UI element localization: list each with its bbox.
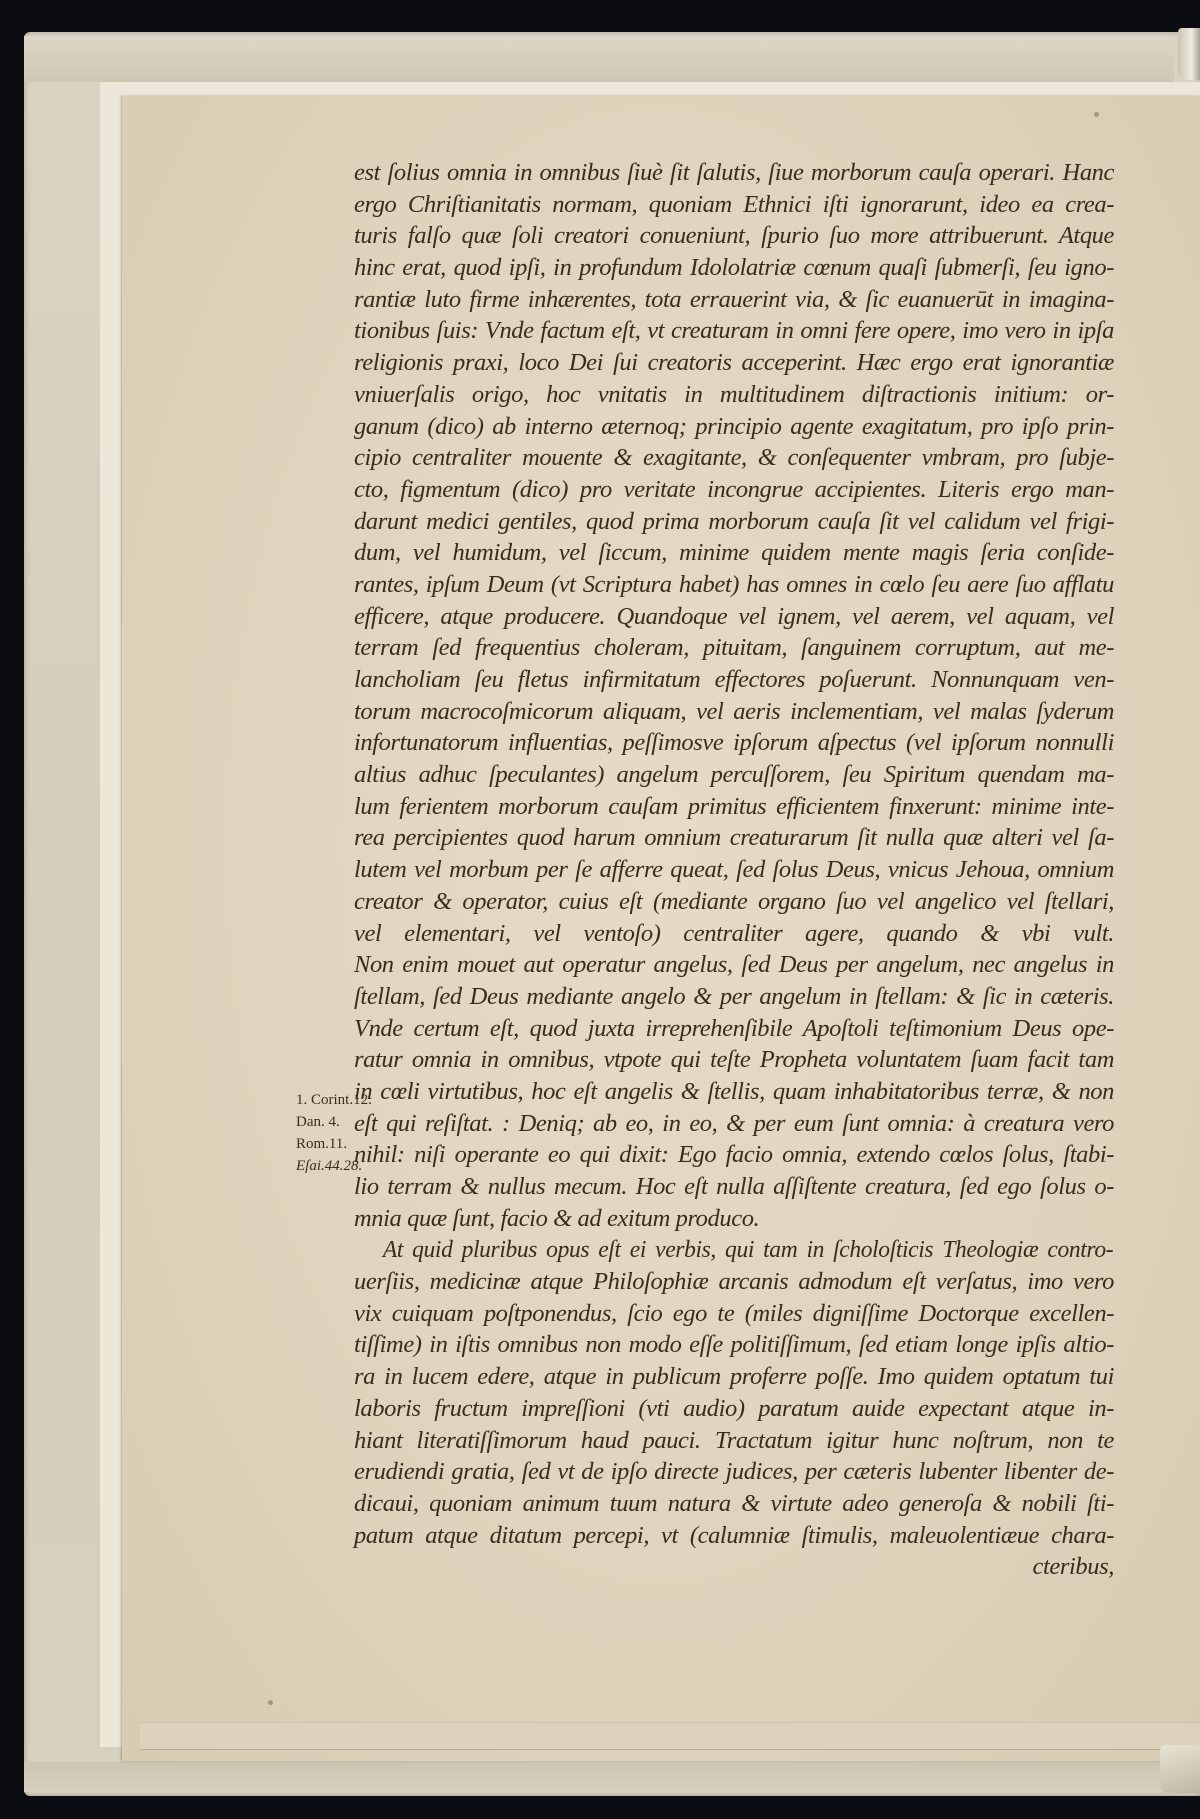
text-line: lutem vel morbum per ſe afferre queat, ſ… <box>354 854 1114 886</box>
margin-note: Rom.11. <box>296 1133 376 1155</box>
text-line: altius adhuc ſpeculantes) angelum percuſ… <box>354 759 1114 791</box>
text-line: hinc erat, quod ipſi, in profundum Idolo… <box>354 252 1114 284</box>
text-line: rea percipientes quod harum omnium creat… <box>354 822 1114 854</box>
margin-note: Dan. 4. <box>296 1111 376 1133</box>
text-line: laboris fructum impreſſioni (vti audio) … <box>354 1393 1114 1425</box>
margin-note: Eſai.44.28. <box>296 1155 376 1177</box>
text-line: Non enim mouet aut operatur angelus, ſed… <box>354 949 1114 981</box>
text-line: uerſiis, medicinæ atque Philoſophiæ arca… <box>354 1266 1114 1298</box>
text-line: lio terram & nullus mecum. Hoc eſt nulla… <box>354 1171 1114 1203</box>
text-line: ra in lucem edere, atque in publicum pro… <box>354 1361 1114 1393</box>
text-line: est ſolius omnia in omnibus ſiuè ſit ſal… <box>354 157 1114 189</box>
text-line: terram ſed frequentius choleram, pituita… <box>354 632 1114 664</box>
text-line: eſt qui reſiſtat. : Deniq; ab eo, in eo,… <box>354 1108 1114 1140</box>
text-line: cipio centraliter mouente & exagitante, … <box>354 442 1114 474</box>
page-bottom-edge <box>140 1722 1200 1750</box>
text-line: turis falſo quæ ſoli creatori conueniunt… <box>354 220 1114 252</box>
text-line: efficere, atque producere. Quandoque vel… <box>354 601 1114 633</box>
text-line: nihil: niſi operante eo qui dixit: Ego f… <box>354 1139 1114 1171</box>
text-line: dicaui, quoniam animum tuum natura & vir… <box>354 1488 1114 1520</box>
paragraph-start-line: At quid pluribus opus eſt ei verbis, qui… <box>354 1234 1113 1266</box>
board-bottom-bevel <box>24 1762 1200 1792</box>
text-line: ganum (dico) ab interno æternoq; princip… <box>354 411 1114 443</box>
text-line: ratur omnia in omnibus, vtpote qui teſte… <box>354 1044 1114 1076</box>
text-line: torum macrocoſmicorum aliquam, vel aeris… <box>354 696 1114 728</box>
foxing-spot <box>1094 112 1099 117</box>
text-line: vniuerſalis origo, hoc vnitatis in multi… <box>354 379 1114 411</box>
text-line: rantiæ luto firme inhærentes, tota errau… <box>354 284 1114 316</box>
text-line: ergo Chriſtianitatis normam, quoniam Eth… <box>354 189 1114 221</box>
torn-corner-bottom <box>1160 1745 1200 1793</box>
foxing-spot <box>268 1700 273 1705</box>
text-line: tionibus ſuis: Vnde factum eſt, vt creat… <box>354 315 1114 347</box>
text-line: rantes, ipſum Deum (vt Scriptura habet) … <box>354 569 1114 601</box>
margin-note: 1. Corint.12. <box>296 1089 376 1111</box>
text-line: vix cuiquam poſtponendus, ſcio ego te (m… <box>354 1298 1114 1330</box>
text-line: hiant literatiſſimorum haud pauci. Tract… <box>354 1425 1114 1457</box>
text-line: patum atque ditatum percepi, vt (calumni… <box>354 1520 1114 1552</box>
text-line: erudiendi gratia, ſed vt de ipſo directe… <box>354 1456 1114 1488</box>
text-line: darunt medici gentiles, quod prima morbo… <box>354 506 1114 538</box>
board-top-bevel <box>24 36 1174 82</box>
paragraph-end-line: mnia quæ ſunt, facio & ad exitum produco… <box>354 1203 1114 1235</box>
text-line: religionis praxi, loco Dei ſui creatoris… <box>354 347 1114 379</box>
margin-references: 1. Corint.12. Dan. 4. Rom.11. Eſai.44.28… <box>296 1089 376 1177</box>
torn-corner-top <box>1178 28 1200 80</box>
text-line: Vnde certum eſt, quod juxta irreprehenſi… <box>354 1013 1114 1045</box>
catchword-line: cteribus, <box>354 1551 1114 1583</box>
body-text: est ſolius omnia in omnibus ſiuè ſit ſal… <box>354 157 1114 1583</box>
text-line: lancholiam ſeu fletus infirmitatum effec… <box>354 664 1114 696</box>
text-line: infortunatorum influentias, peſſimosve i… <box>354 727 1114 759</box>
text-line: dum, vel humidum, vel ſiccum, minime qui… <box>354 537 1114 569</box>
text-line: in cœli virtutibus, hoc eſt angelis & ſt… <box>354 1076 1114 1108</box>
text-line: ſtellam, ſed Deus mediante angelo & per … <box>354 981 1114 1013</box>
text-line: tiſſime) in iſtis omnibus non modo eſſe … <box>354 1329 1114 1361</box>
text-line: vel elementari, vel ventoſo) centraliter… <box>354 918 1114 950</box>
text-line: creator & operator, cuius eſt (mediante … <box>354 886 1114 918</box>
text-line: lum ferientem morborum cauſam primitus e… <box>354 791 1114 823</box>
text-line: cto, figmentum (dico) pro veritate incon… <box>354 474 1114 506</box>
